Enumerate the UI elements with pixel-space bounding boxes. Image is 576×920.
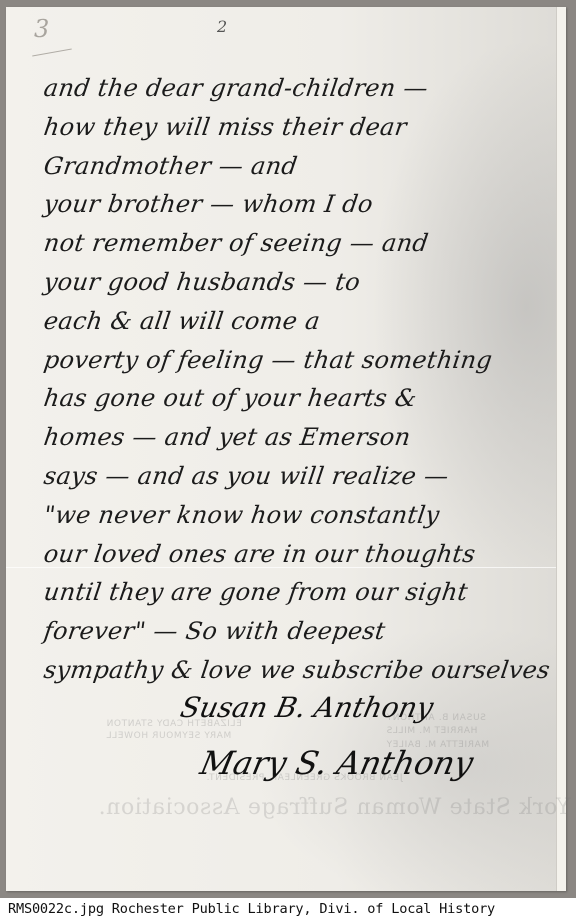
handwritten-line: your good husbands — to xyxy=(41,263,556,302)
signature-susan-b-anthony: Susan B. Anthony xyxy=(177,691,436,724)
letter-page: 3 2 ELIZABETH CADY STANTON MARY SEYMOUR … xyxy=(6,7,557,891)
page-number: 2 xyxy=(217,17,227,36)
handwritten-line: our loved ones are in our thoughts xyxy=(41,535,556,574)
bleed-through-letterhead: New York State Woman Suffrage Associatio… xyxy=(98,795,576,820)
photo-frame: 3 2 ELIZABETH CADY STANTON MARY SEYMOUR … xyxy=(0,0,576,898)
handwritten-line: homes — and yet as Emerson xyxy=(41,418,556,457)
handwritten-line: has gone out of your hearts & xyxy=(41,379,556,418)
handwritten-line: sympathy & love we subscribe ourselves xyxy=(41,651,556,690)
mount-card: 3 2 ELIZABETH CADY STANTON MARY SEYMOUR … xyxy=(6,7,566,891)
handwritten-line: poverty of feeling — that something xyxy=(41,341,556,380)
handwritten-line: "we never know how constantly xyxy=(41,496,556,535)
handwritten-line: your brother — whom I do xyxy=(41,185,556,224)
handwritten-line: until they are gone from our sight xyxy=(41,573,556,612)
handwritten-line: each & all will come a xyxy=(41,302,556,341)
bleed-through-text: MARY SEYMOUR HOWELL xyxy=(106,731,231,741)
bleed-through-text: HARRIET M. MILLS xyxy=(386,726,477,736)
folio-underline xyxy=(32,49,72,57)
handwritten-line: says — and as you will realize — xyxy=(41,457,556,496)
handwritten-body: and the dear grand-children — how they w… xyxy=(44,69,554,690)
handwritten-line: Grandmother — and xyxy=(41,147,556,186)
signature-mary-s-anthony: Mary S. Anthony xyxy=(197,744,477,782)
handwritten-line: how they will miss their dear xyxy=(41,108,556,147)
folio-number: 3 xyxy=(34,15,49,43)
handwritten-line: not remember of seeing — and xyxy=(41,224,556,263)
image-caption: RMS0022c.jpg Rochester Public Library, D… xyxy=(8,898,576,920)
handwritten-line: forever" — So with deepest xyxy=(41,612,556,651)
handwritten-line: and the dear grand-children — xyxy=(41,69,556,108)
